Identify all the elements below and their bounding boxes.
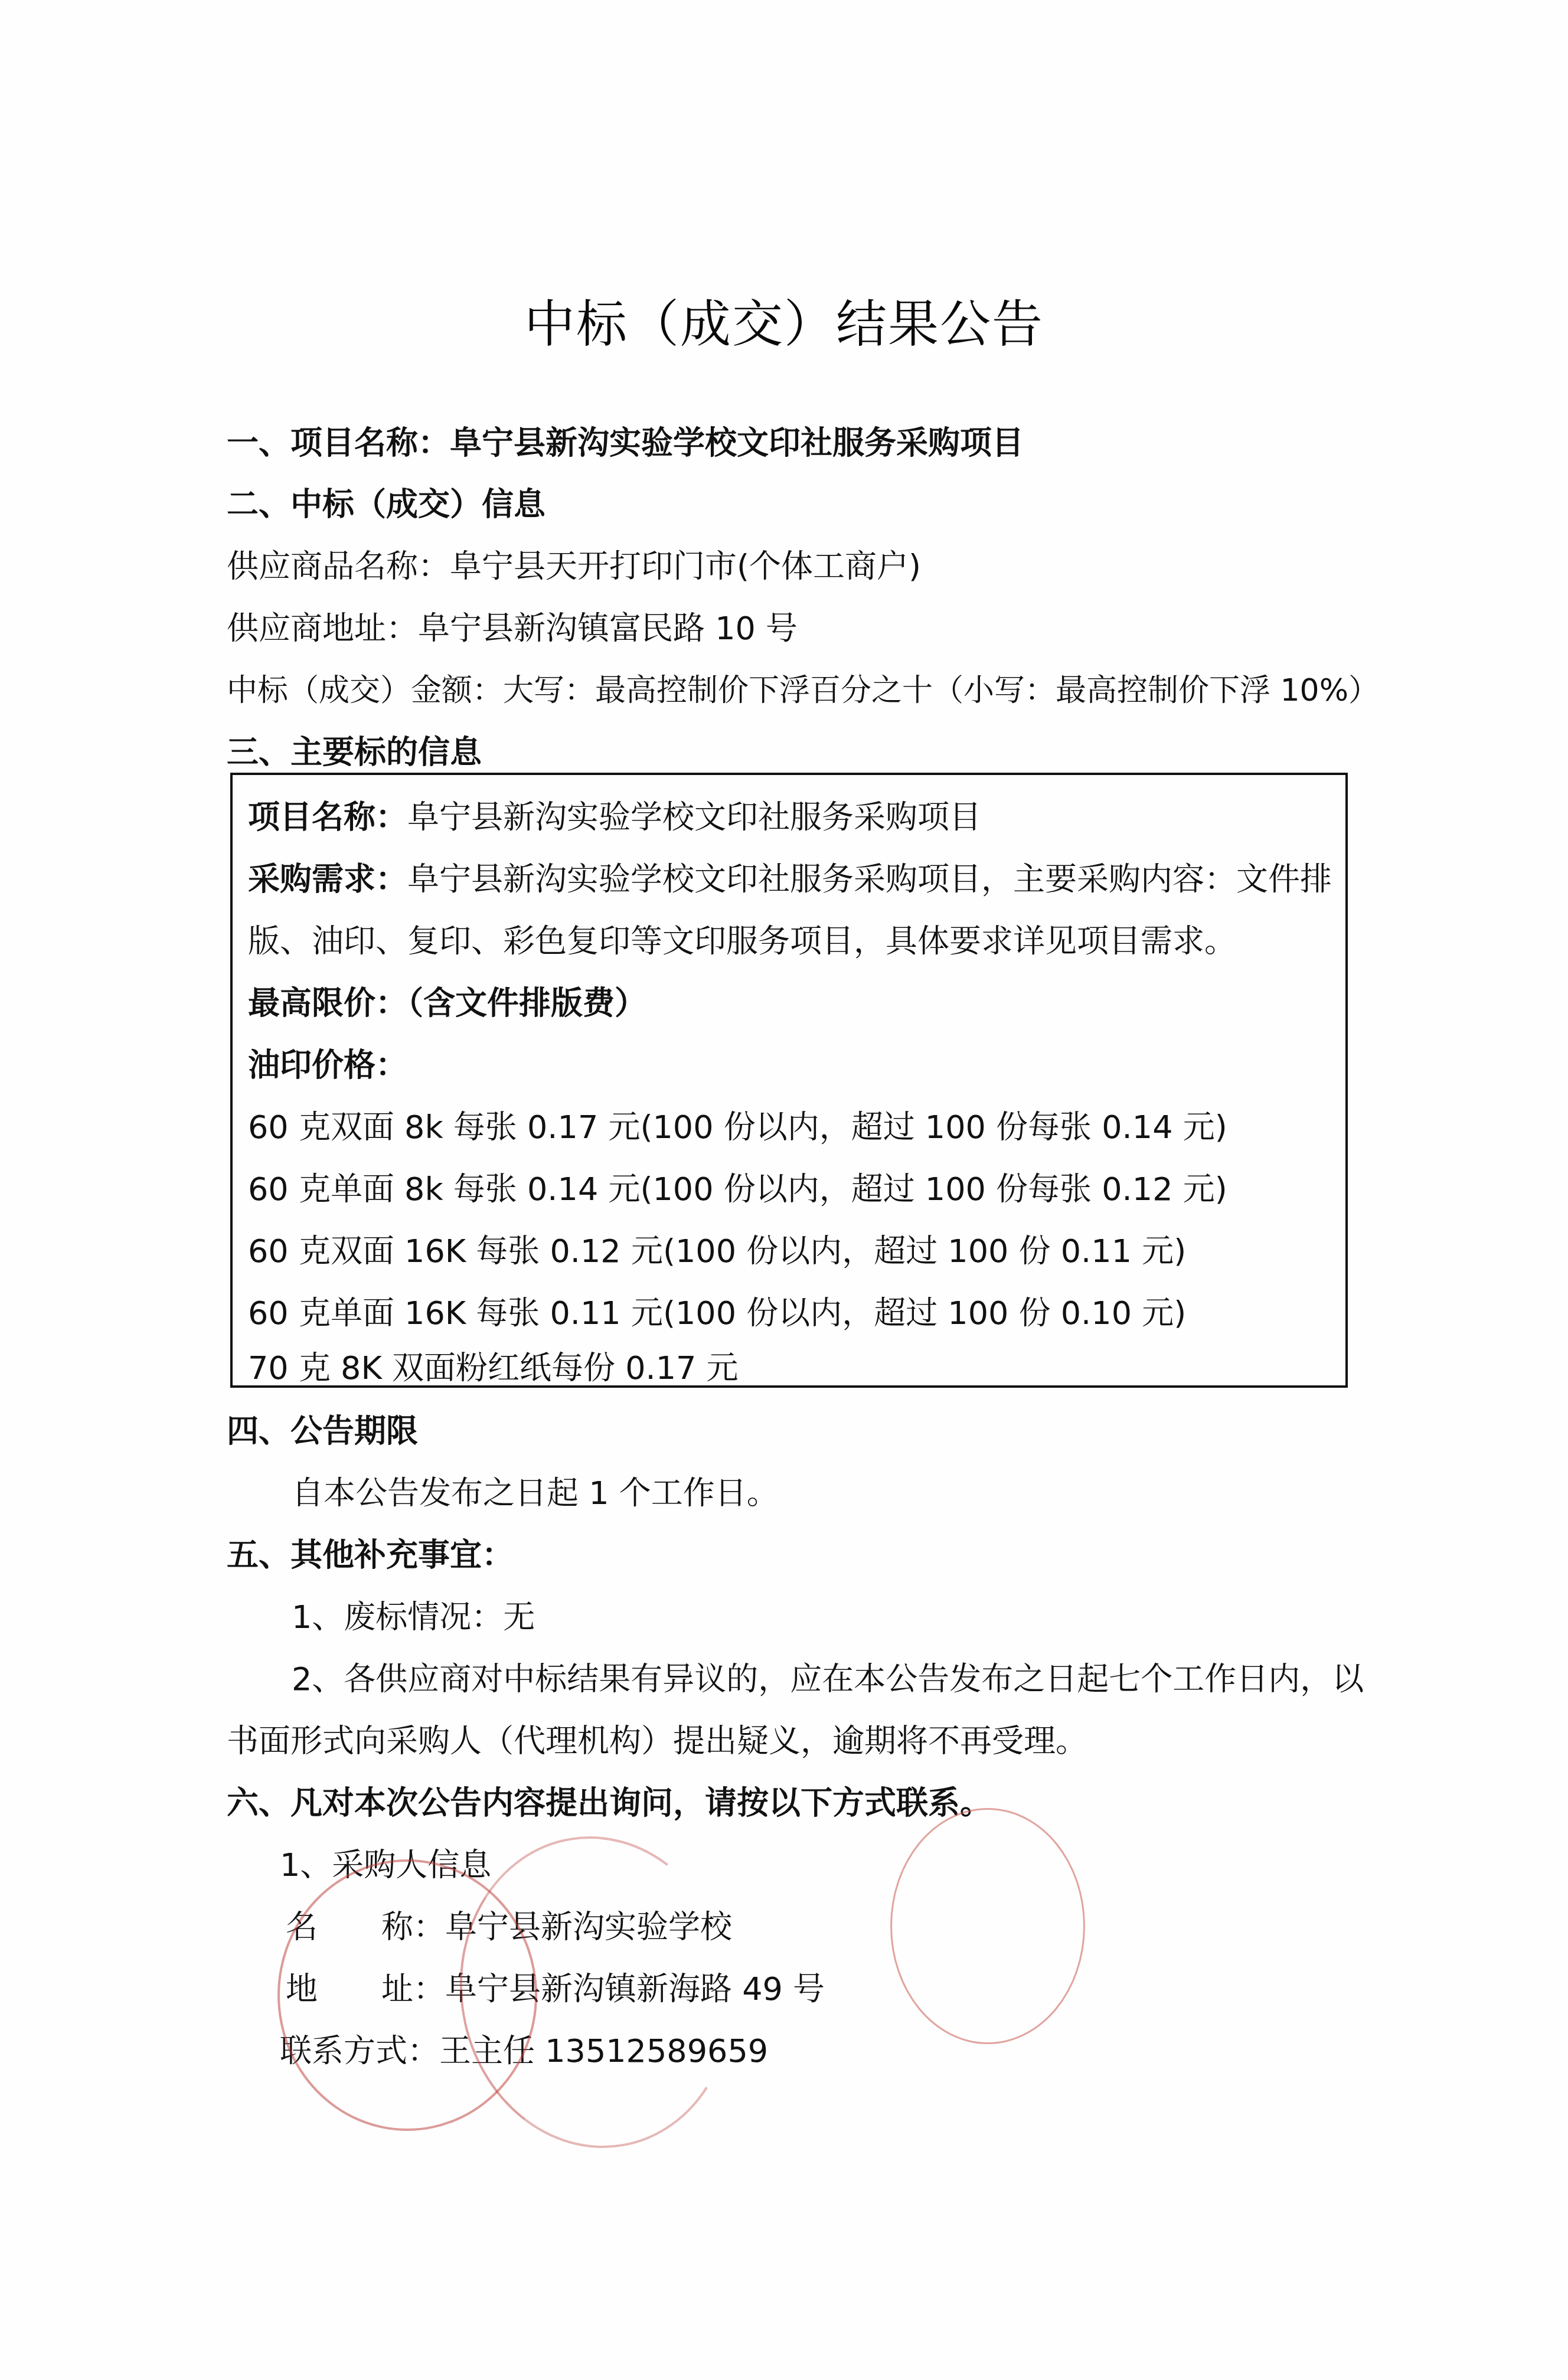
box-requirement-line-2: 版、油印、复印、彩色复印等文印服务项目，具体要求详见项目需求。 bbox=[248, 921, 1236, 962]
contact-person: 王主任 bbox=[439, 2032, 535, 2070]
box-max-price-value: （含文件排版费） bbox=[407, 985, 646, 1022]
price-item: 70 克 8K 双面粉红纸每份 0.17 元 bbox=[248, 1348, 739, 1389]
price-item: 60 克双面 8k 每张 0.17 元(100 份以内，超过 100 份每张 0… bbox=[248, 1107, 1227, 1148]
purchaser-address-value: 阜宁县新沟镇新海路 49 号 bbox=[445, 1970, 825, 2008]
supplier-address: 供应商地址：阜宁县新沟镇富民路 10 号 bbox=[227, 608, 798, 649]
rejected-bid-status: 1、废标情况：无 bbox=[292, 1597, 535, 1638]
box-max-price-label: 最高限价： bbox=[248, 985, 407, 1022]
objection-notice-line-1: 2、各供应商对中标结果有异议的，应在本公告发布之日起七个工作日内，以 bbox=[292, 1659, 1364, 1700]
section-3-heading: 三、主要标的信息 bbox=[227, 732, 482, 773]
section-6-heading: 六、凡对本次公告内容提出询问，请按以下方式联系。 bbox=[227, 1783, 992, 1824]
contact-label: 联系方式： bbox=[280, 2032, 439, 2070]
contact-phone: 13512589659 bbox=[545, 2032, 768, 2070]
box-project-name: 项目名称：阜宁县新沟实验学校文印社服务采购项目 bbox=[248, 797, 981, 838]
announcement-period-text: 自本公告发布之日起 1 个工作日。 bbox=[292, 1473, 779, 1514]
subject-info-box: 项目名称：阜宁县新沟实验学校文印社服务采购项目 采购需求：阜宁县新沟实验学校文印… bbox=[230, 773, 1348, 1388]
box-requirement-text-1: 阜宁县新沟实验学校文印社服务采购项目，主要采购内容：文件排 bbox=[407, 861, 1332, 898]
bid-amount: 中标（成交）金额：大写：最高控制价下浮百分之十（小写：最高控制价下浮 10%） bbox=[227, 670, 1379, 711]
document-title: 中标（成交）结果公告 bbox=[0, 289, 1568, 360]
box-requirement-line-1: 采购需求：阜宁县新沟实验学校文印社服务采购项目，主要采购内容：文件排 bbox=[248, 859, 1332, 900]
price-item: 60 克单面 16K 每张 0.11 元(100 份以内，超过 100 份 0.… bbox=[248, 1293, 1186, 1334]
purchaser-name-label: 名 称： bbox=[286, 1908, 445, 1946]
supplier-name: 供应商品名称：阜宁县天开打印门市(个体工商户) bbox=[227, 546, 921, 587]
purchaser-info-heading: 1、采购人信息 bbox=[280, 1845, 491, 1886]
purchaser-contact: 联系方式：王主任 13512589659 bbox=[280, 2031, 768, 2072]
box-max-price: 最高限价：（含文件排版费） bbox=[248, 983, 646, 1024]
section-2-heading: 二、中标（成交）信息 bbox=[227, 484, 545, 525]
section-4-heading: 四、公告期限 bbox=[227, 1411, 418, 1452]
purchaser-address: 地 址：阜宁县新沟镇新海路 49 号 bbox=[286, 1969, 825, 2010]
purchaser-name-value: 阜宁县新沟实验学校 bbox=[445, 1908, 732, 1946]
official-seal-stamp-faint bbox=[890, 1808, 1085, 2044]
price-item: 60 克单面 8k 每张 0.14 元(100 份以内，超过 100 份每张 0… bbox=[248, 1169, 1227, 1210]
purchaser-address-label: 地 址： bbox=[286, 1970, 445, 2008]
purchaser-name: 名 称：阜宁县新沟实验学校 bbox=[286, 1907, 732, 1948]
box-project-name-value: 阜宁县新沟实验学校文印社服务采购项目 bbox=[407, 799, 981, 836]
box-requirement-label: 采购需求： bbox=[248, 861, 407, 898]
price-item: 60 克双面 16K 每张 0.12 元(100 份以内，超过 100 份 0.… bbox=[248, 1231, 1186, 1272]
document-page: 中标（成交）结果公告 一、项目名称：阜宁县新沟实验学校文印社服务采购项目 二、中… bbox=[0, 0, 1568, 2380]
section-1-heading: 一、项目名称：阜宁县新沟实验学校文印社服务采购项目 bbox=[227, 423, 1024, 464]
box-mimeo-price-label: 油印价格： bbox=[248, 1045, 407, 1086]
objection-notice-line-2: 书面形式向采购人（代理机构）提出疑义，逾期将不再受理。 bbox=[227, 1721, 1087, 1762]
section-5-heading: 五、其他补充事宜： bbox=[227, 1535, 514, 1576]
box-project-name-label: 项目名称： bbox=[248, 799, 407, 836]
